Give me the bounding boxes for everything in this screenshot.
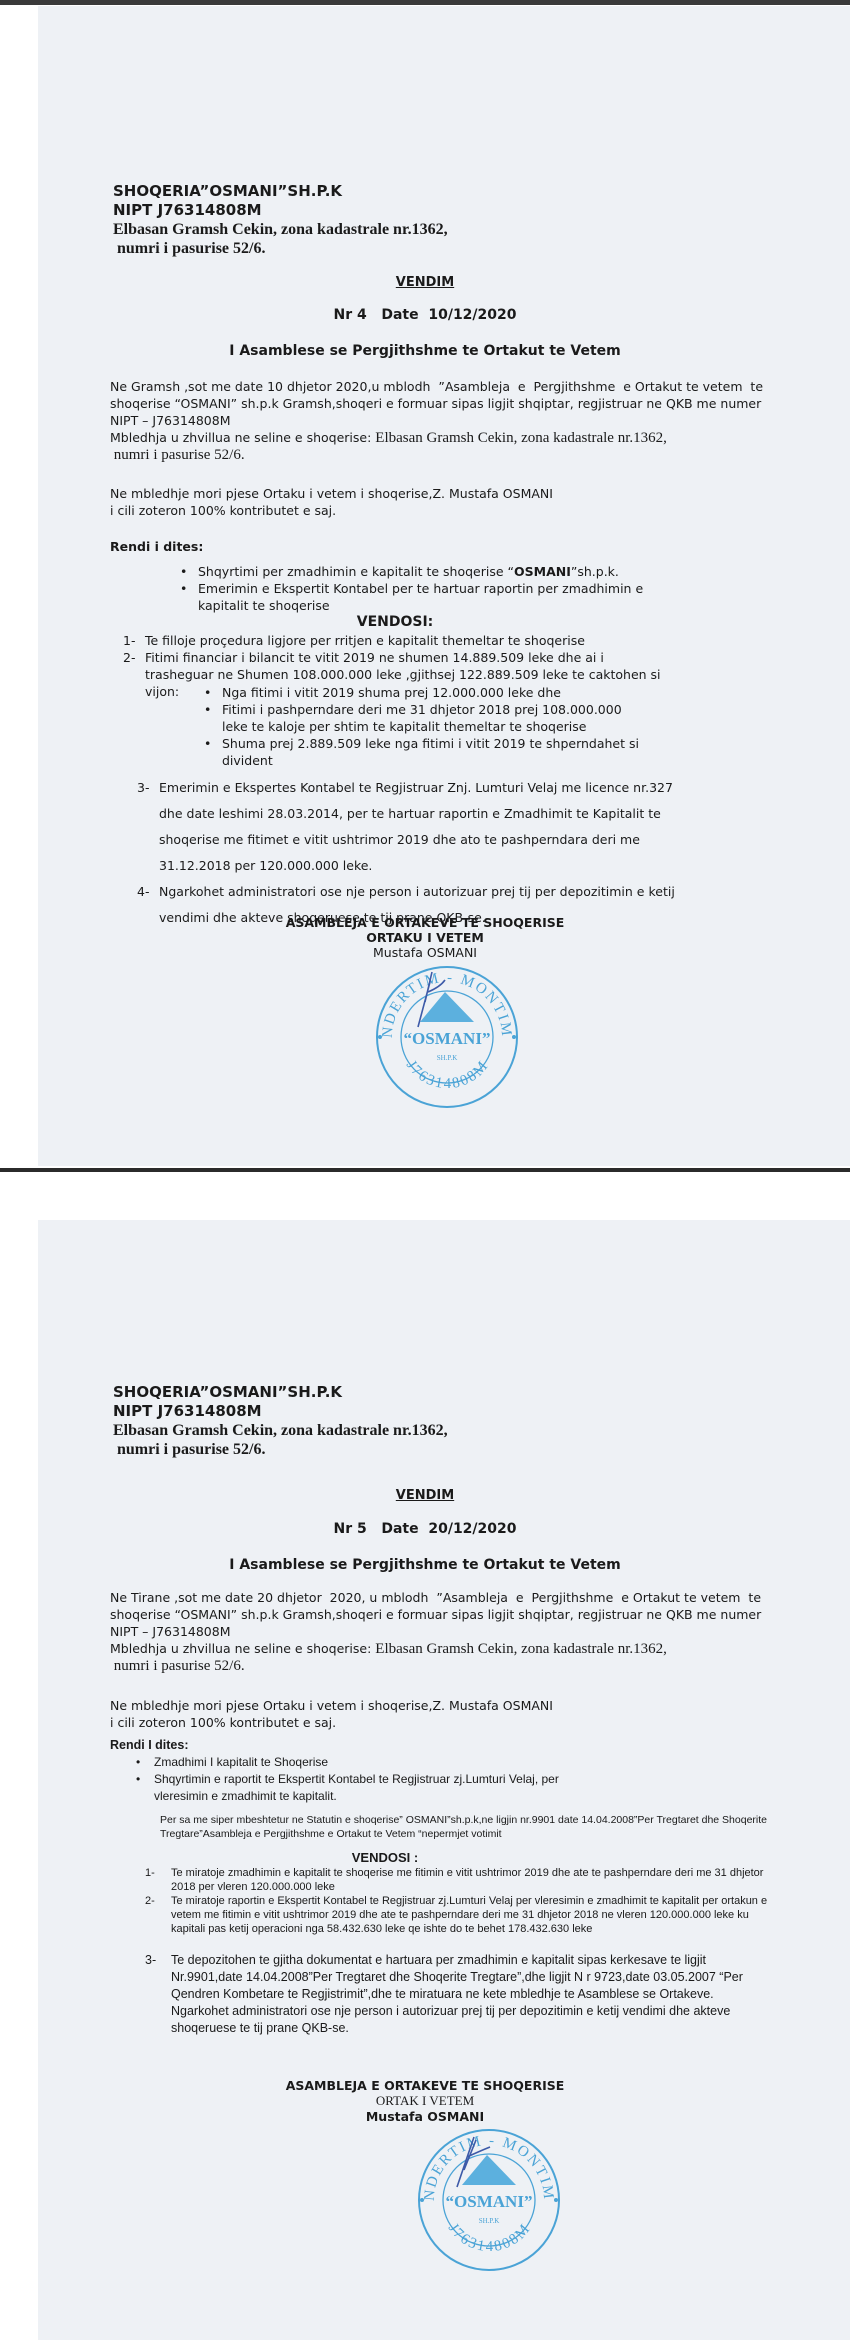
attendance: Ne mbledhje mori pjese Ortaku i vetem i … <box>110 485 810 519</box>
agenda-label: Rendi i dites: <box>110 538 203 555</box>
decision-item: 1-Te miratoje zmadhimin e kapitalit te s… <box>145 1866 785 1894</box>
company-nipt: NIPT J76314808M <box>113 1402 448 1421</box>
company-name: SHOQERIA”OSMANI”SH.P.K <box>113 1383 448 1402</box>
decision-item: 3-Emerimin e Ekspertes Kontabel te Regji… <box>137 775 697 879</box>
sub-item: Shuma prej 2.889.509 leke nga fitimi i v… <box>200 735 680 769</box>
legal-basis: Per sa me siper mbeshtetur ne Statutin e… <box>160 1813 780 1841</box>
signature-block: ASAMBLEJA E ORTAKEVE TE SHOQERISE ORTAK … <box>250 2078 600 2124</box>
agenda-item: Shqyrtimin e raportit te Ekspertit Konta… <box>132 1771 572 1805</box>
company-header: SHOQERIA”OSMANI”SH.P.K NIPT J76314808M E… <box>113 182 448 258</box>
scan-edge <box>0 0 850 5</box>
agenda-label: Rendi I dites: <box>110 1737 188 1754</box>
company-header: SHOQERIA”OSMANI”SH.P.K NIPT J76314808M E… <box>113 1383 448 1459</box>
agenda-item: Shqyrtimi per zmadhimin e kapitalit te s… <box>176 563 676 580</box>
svg-text:J76314808M: J76314808M <box>403 1057 492 1092</box>
meeting-intro: Ne Gramsh ,sot me date 10 dhjetor 2020,u… <box>110 378 810 464</box>
decided-label: VENDOSI : <box>0 1850 770 1865</box>
agenda-list: Zmadhimi I kapitalit te Shoqerise Shqyrt… <box>132 1754 572 1805</box>
decisions-list: 1-Te miratoje zmadhimin e kapitalit te s… <box>145 1866 785 1936</box>
agenda-list: Shqyrtimi per zmadhimin e kapitalit te s… <box>176 563 676 614</box>
svg-text:“OSMANI”: “OSMANI” <box>404 1029 491 1048</box>
sub-item: Fitimi i pashperndare deri me 31 dhjetor… <box>200 701 622 735</box>
decision-item: 3-Te depozitohen te gjitha dokumentat e … <box>145 1952 775 2003</box>
company-address-line1: Elbasan Gramsh Cekin, zona kadastrale nr… <box>113 220 448 239</box>
decision-item-extra: Ngarkohet administratori ose nje person … <box>145 2003 775 2037</box>
company-stamp: NDERTIM - MONTIM J76314808M “OSMANI” SH.… <box>412 2125 567 2275</box>
svg-text:J76314808M: J76314808M <box>445 2220 534 2255</box>
decision-number-date: Nr 5 Date 20/12/2020 <box>0 1521 850 1537</box>
meeting-intro: Ne Tirane ,sot me date 20 dhjetor 2020, … <box>110 1589 810 1675</box>
decision-item: 1-Te filloje proçedura ligjore per rritj… <box>123 632 683 649</box>
decisions-list-cont: 3-Te depozitohen te gjitha dokumentat e … <box>145 1952 775 2037</box>
attendance: Ne mbledhje mori pjese Ortaku i vetem i … <box>110 1697 810 1731</box>
decisions-list-cont: 3-Emerimin e Ekspertes Kontabel te Regji… <box>137 775 697 931</box>
agenda-item: Zmadhimi I kapitalit te Shoqerise <box>132 1754 572 1771</box>
assembly-title: I Asamblese se Pergjithshme te Ortakut t… <box>0 343 850 359</box>
agenda-item: Emerimin e Ekspertit Kontabel per te har… <box>176 580 676 614</box>
document-title: VENDIM <box>0 275 850 290</box>
decision-item: 2-Te miratoje raportin e Ekspertit Konta… <box>145 1894 785 1936</box>
svg-text:SH.P.K: SH.P.K <box>479 2217 500 2225</box>
company-stamp: NDERTIM - MONTIM J76314808M “OSMANI” SH.… <box>370 962 525 1112</box>
assembly-title: I Asamblese se Pergjithshme te Ortakut t… <box>0 1557 850 1573</box>
company-address-line1: Elbasan Gramsh Cekin, zona kadastrale nr… <box>113 1421 448 1440</box>
svg-text:“OSMANI”: “OSMANI” <box>446 2192 533 2211</box>
decision-sublist: Nga fitimi i vitit 2019 shuma prej 12.00… <box>200 684 680 769</box>
sub-item: Nga fitimi i vitit 2019 shuma prej 12.00… <box>200 684 680 701</box>
document-title: VENDIM <box>0 1488 850 1503</box>
decided-label: VENDOSI: <box>0 614 790 630</box>
company-nipt: NIPT J76314808M <box>113 201 448 220</box>
page-gap <box>0 1172 850 1220</box>
company-address-line2: numri i pasurise 52/6. <box>113 239 448 258</box>
company-name: SHOQERIA”OSMANI”SH.P.K <box>113 182 448 201</box>
company-address-line2: numri i pasurise 52/6. <box>113 1440 448 1459</box>
decision-number-date: Nr 4 Date 10/12/2020 <box>0 307 850 323</box>
signature-block: ASAMBLEJA E ORTAKEVE TE SHOQERISE ORTAKU… <box>250 915 600 960</box>
svg-text:SH.P.K: SH.P.K <box>437 1054 458 1062</box>
